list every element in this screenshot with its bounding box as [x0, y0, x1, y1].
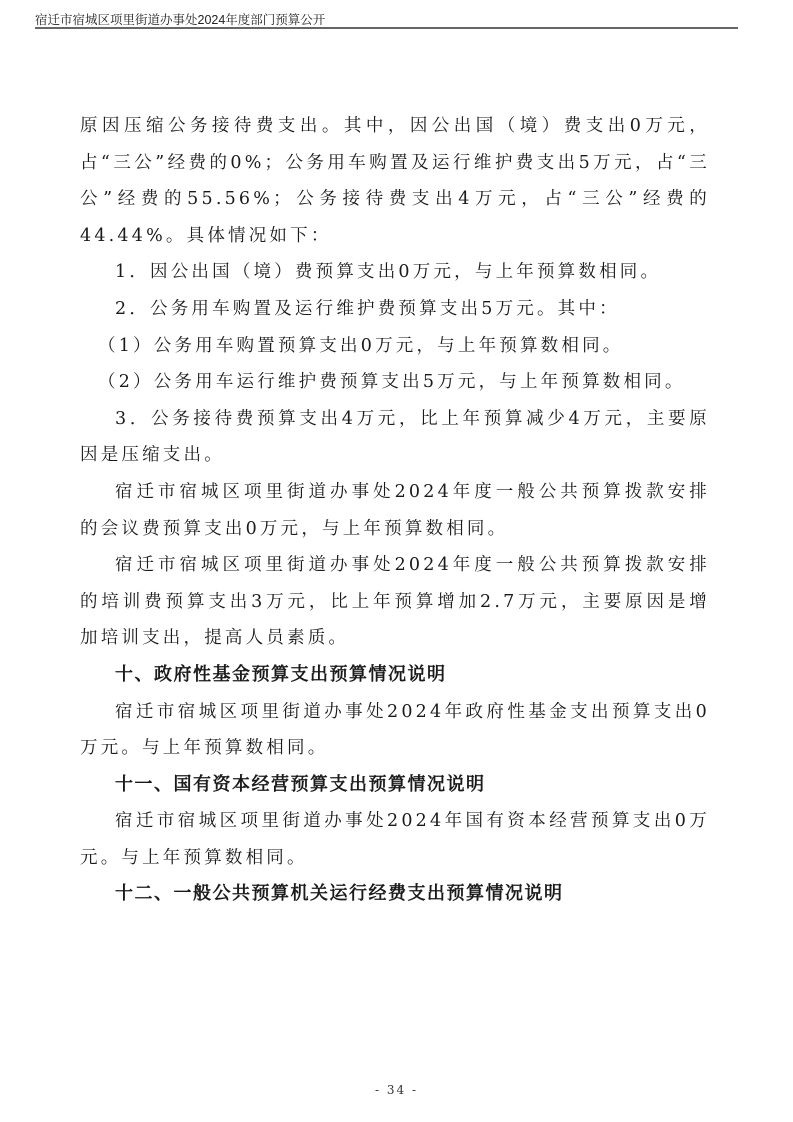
section-heading-12: 十二、一般公共预算机关运行经费支出预算情况说明 [80, 876, 710, 913]
paragraph-item-3: 3．公务接待费预算支出4万元，比上年预算减少4万元，主要原因是压缩支出。 [80, 401, 710, 474]
paragraph-item-2: 2．公务用车购置及运行维护费预算支出5万元。其中： [80, 291, 710, 328]
paragraph-three-public-summary: 原因压缩公务接待费支出。其中，因公出国（境）费支出0万元，占“三公”经费的0%；… [80, 108, 710, 254]
section-heading-11: 十一、国有资本经营预算支出预算情况说明 [80, 767, 710, 804]
paragraph-meeting-fee: 宿迁市宿城区项里街道办事处2024年度一般公共预算拨款安排的会议费预算支出0万元… [80, 474, 710, 547]
page-header: 宿迁市宿城区项里街道办事处2024年度部门预算公开 [35, 10, 489, 28]
paragraph-gov-fund: 宿迁市宿城区项里街道办事处2024年政府性基金支出预算支出0万元。与上年预算数相… [80, 694, 710, 767]
section-heading-10: 十、政府性基金预算支出预算情况说明 [80, 657, 710, 694]
paragraph-item-2-2: （2）公务用车运行维护费预算支出5万元，与上年预算数相同。 [80, 364, 710, 401]
paragraph-state-capital: 宿迁市宿城区项里街道办事处2024年国有资本经营预算支出0万元。与上年预算数相同… [80, 803, 710, 876]
document-body: 原因压缩公务接待费支出。其中，因公出国（境）费支出0万元，占“三公”经费的0%；… [80, 108, 710, 913]
header-divider [35, 27, 738, 29]
page-number: - 34 - [0, 1083, 793, 1097]
paragraph-training-fee: 宿迁市宿城区项里街道办事处2024年度一般公共预算拨款安排的培训费预算支出3万元… [80, 547, 710, 657]
paragraph-item-2-1: （1）公务用车购置预算支出0万元，与上年预算数相同。 [80, 328, 710, 365]
paragraph-item-1: 1．因公出国（境）费预算支出0万元，与上年预算数相同。 [80, 254, 710, 291]
